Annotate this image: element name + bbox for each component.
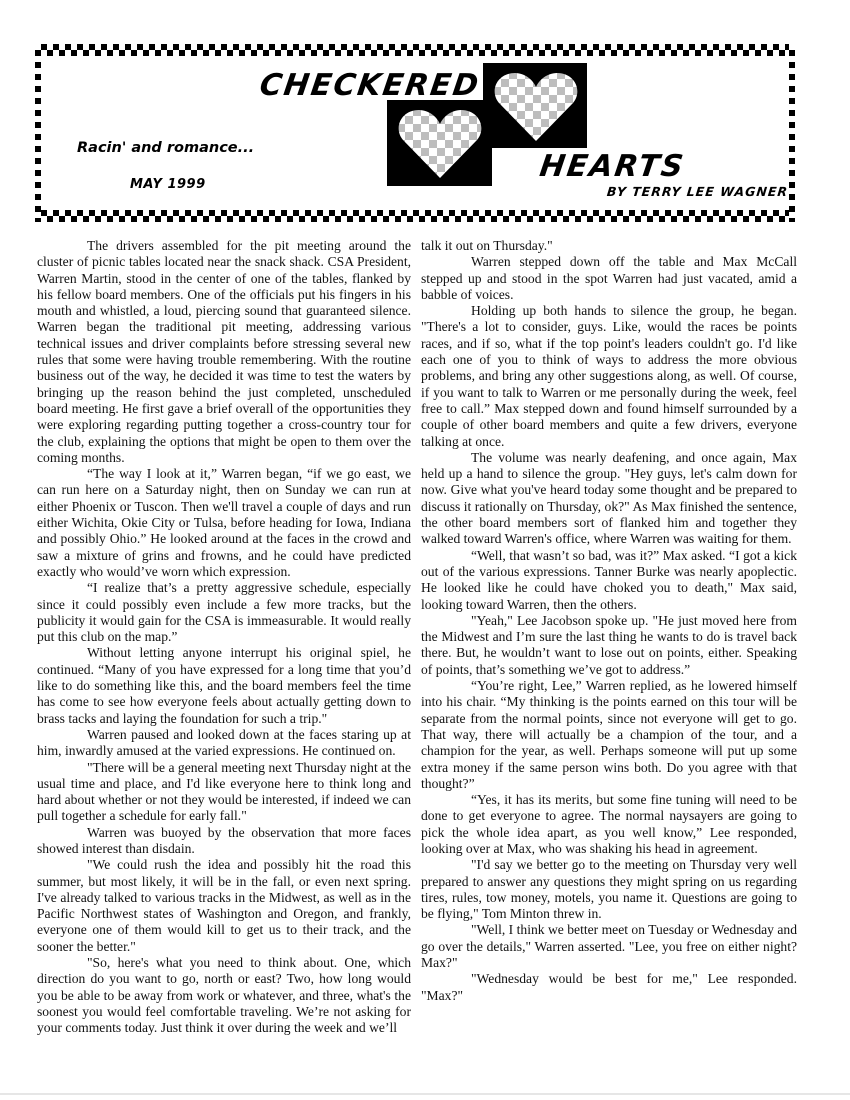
paragraph: "Well, I think we better meet on Tuesday… <box>421 922 797 971</box>
masthead-title-hearts: HEARTS <box>538 149 688 184</box>
newsletter-page: CHECKERED HEARTS BY TERRY LEE WAGNER Rac… <box>0 0 850 1100</box>
paragraph: Warren stepped down off the table and Ma… <box>421 254 797 303</box>
paragraph: "Wednesday would be best for me," Lee re… <box>421 971 797 1004</box>
paragraph: "There will be a general meeting next Th… <box>37 760 411 825</box>
paragraph: Warren paused and looked down at the fac… <box>37 727 411 760</box>
masthead: CHECKERED HEARTS BY TERRY LEE WAGNER Rac… <box>35 44 795 222</box>
page-edge-divider <box>0 1093 850 1095</box>
paragraph: Without letting anyone interrupt his ori… <box>37 645 411 726</box>
checkered-border-left <box>35 44 41 222</box>
paragraph: "We could rush the idea and possibly hit… <box>37 857 411 955</box>
tagline: Racin' and romance... <box>77 140 254 156</box>
article-column-right: talk it out on Thursday." Warren stepped… <box>421 238 797 1004</box>
paragraph: “Well, that wasn’t so bad, was it?” Max … <box>421 548 797 613</box>
checkered-heart-icon <box>483 63 587 148</box>
checkered-border-top <box>35 44 795 56</box>
paragraph: “The way I look at it,” Warren began, “i… <box>37 466 411 580</box>
article-column-left: The drivers assembled for the pit meetin… <box>37 238 411 1037</box>
masthead-title-checkered: CHECKERED <box>258 68 483 103</box>
paragraph: “Yes, it has its merits, but some fine t… <box>421 792 797 857</box>
paragraph: "I'd say we better go to the meeting on … <box>421 857 797 922</box>
paragraph: Warren was buoyed by the observation tha… <box>37 825 411 858</box>
paragraph: "Yeah," Lee Jacobson spoke up. "He just … <box>421 613 797 678</box>
paragraph: "So, here's what you need to think about… <box>37 955 411 1036</box>
issue-date: MAY 1999 <box>130 177 206 192</box>
paragraph-continuation: talk it out on Thursday." <box>421 238 797 254</box>
paragraph: Holding up both hands to silence the gro… <box>421 303 797 450</box>
checkered-border-right <box>789 44 795 222</box>
paragraph: The volume was nearly deafening, and onc… <box>421 450 797 548</box>
paragraph: The drivers assembled for the pit meetin… <box>37 238 411 466</box>
paragraph: “I realize that’s a pretty aggressive sc… <box>37 580 411 645</box>
checkered-border-bottom <box>35 210 795 222</box>
article-body: The drivers assembled for the pit meetin… <box>37 238 797 1038</box>
paragraph: “You’re right, Lee,” Warren replied, as … <box>421 678 797 792</box>
byline: BY TERRY LEE WAGNER <box>606 184 789 199</box>
checkered-heart-icon <box>387 100 492 186</box>
